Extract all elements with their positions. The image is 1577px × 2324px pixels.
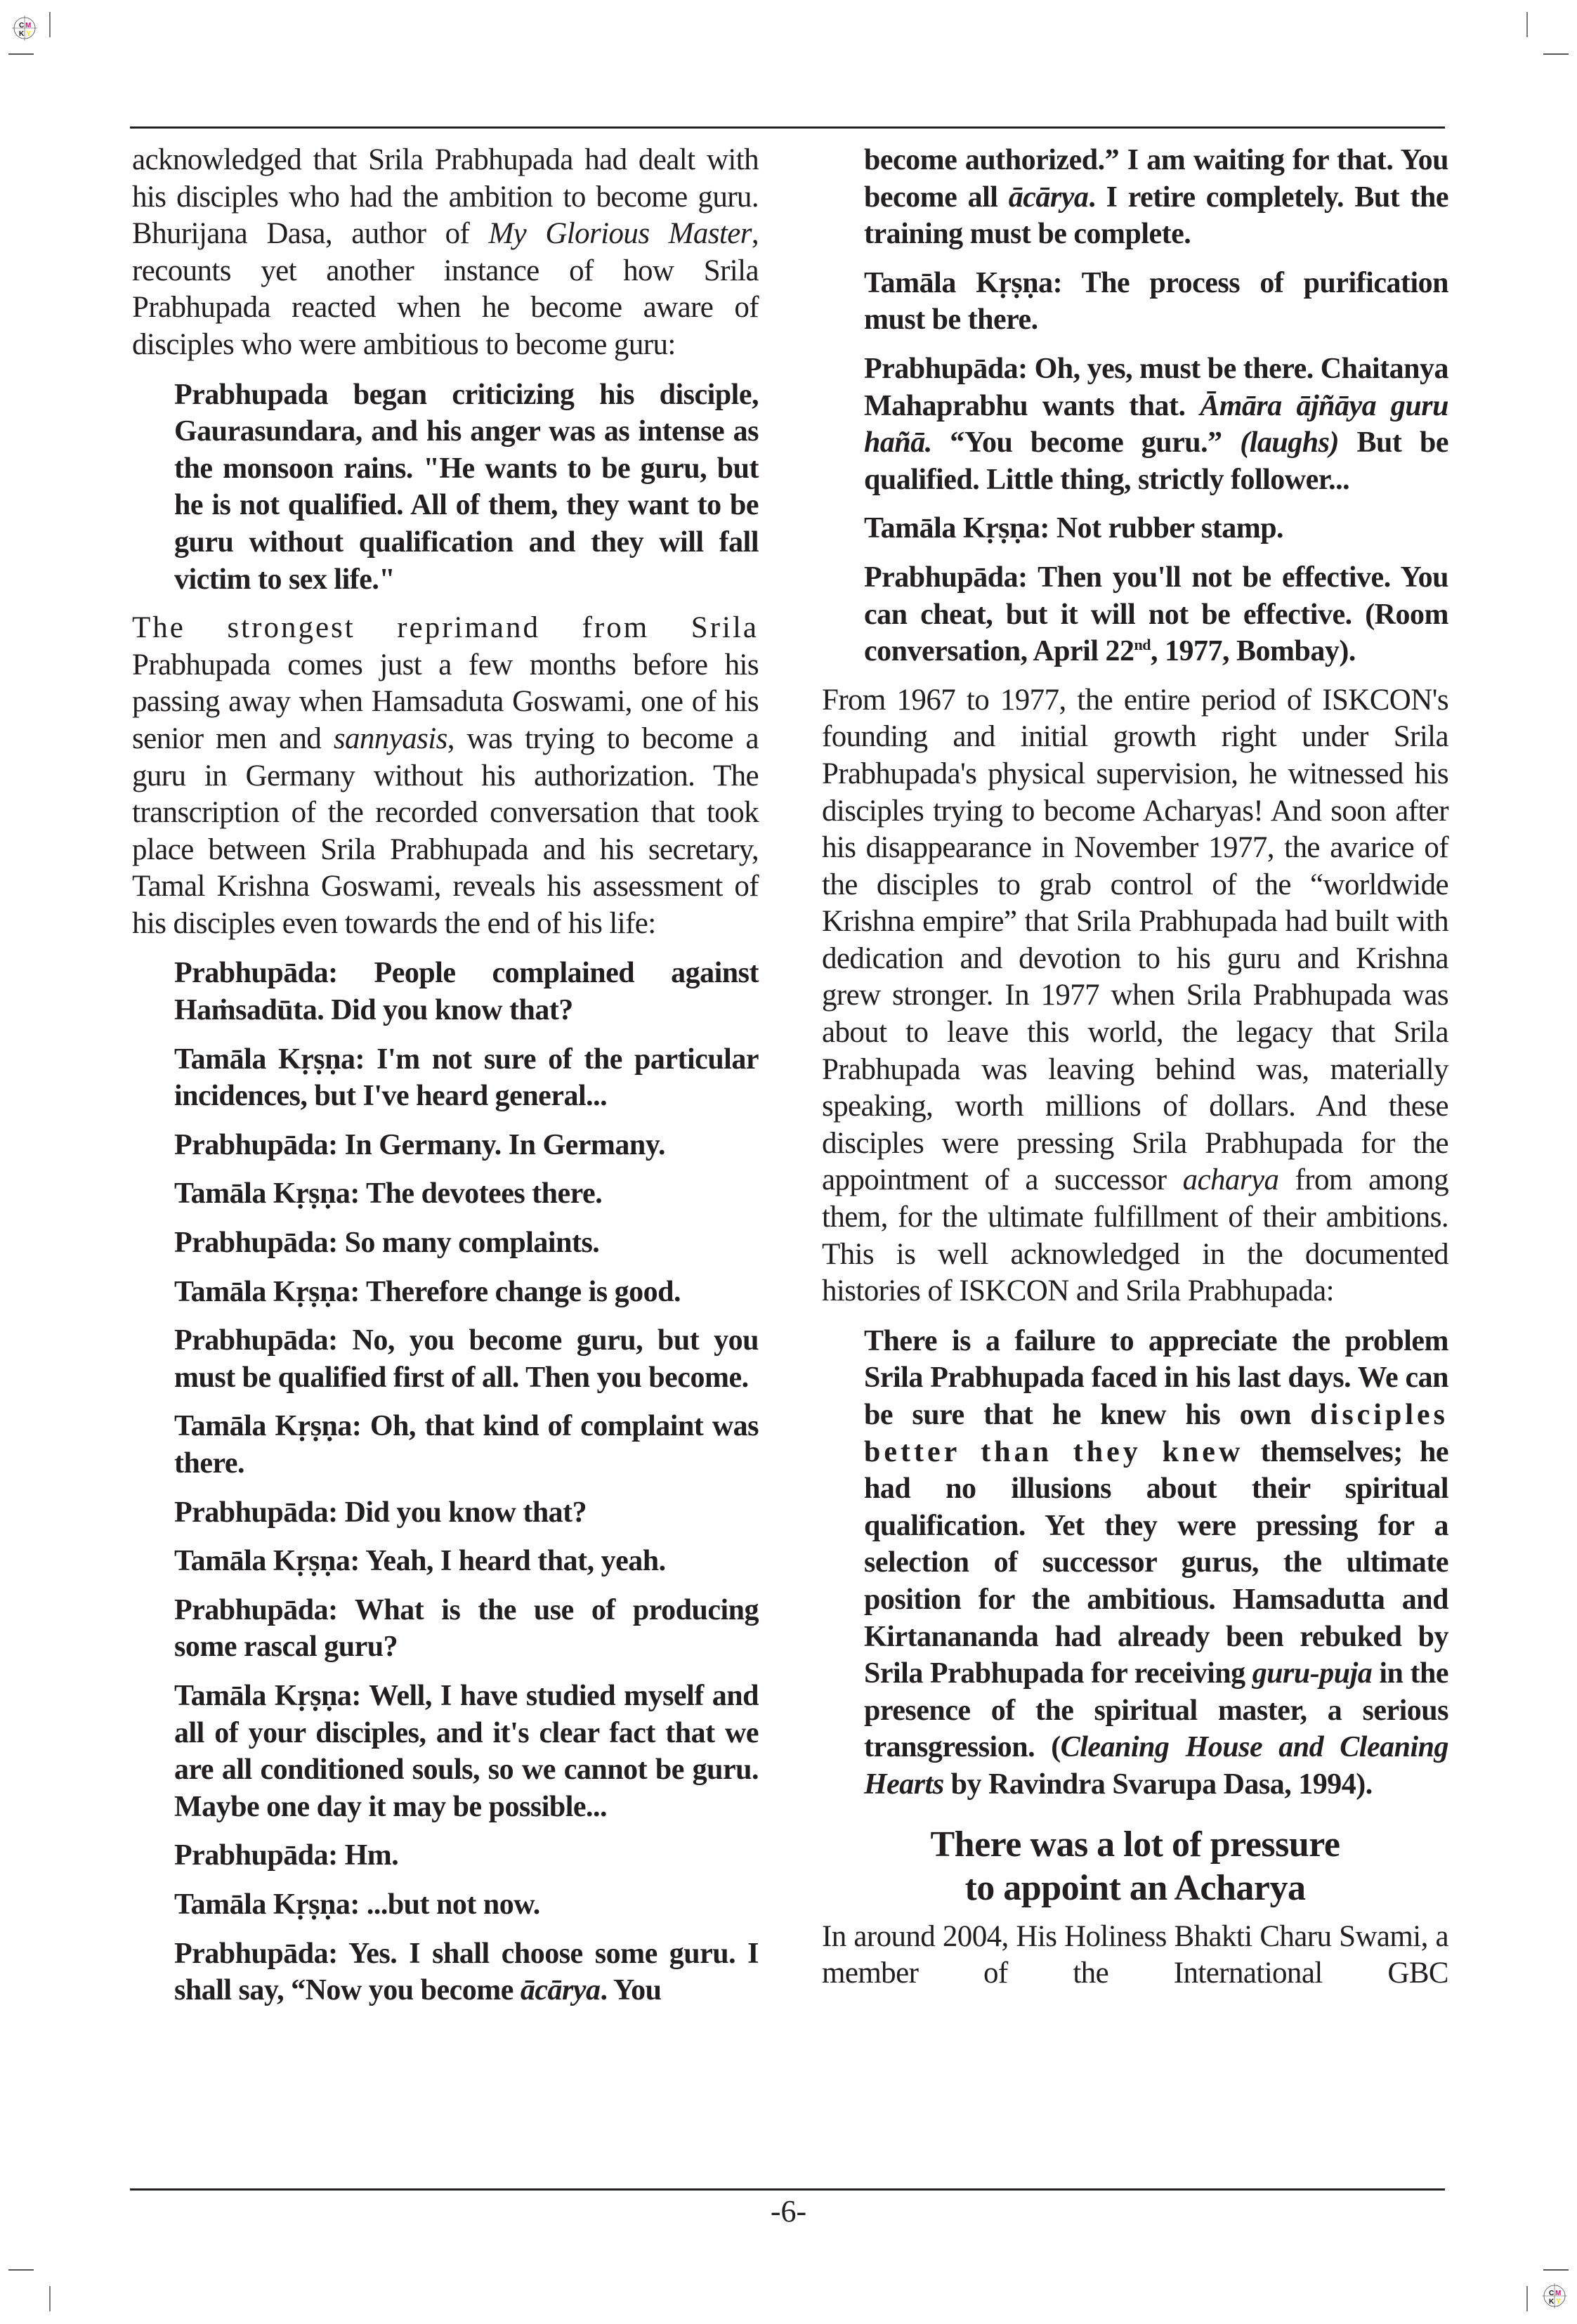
heading-line: There was a lot of pressure: [822, 1823, 1448, 1867]
dialogue-line: Tamāla Kṛṣṇa: The devotees there.: [174, 1175, 759, 1213]
dialogue-line: Tamāla Kṛṣṇa: Not rubber stamp.: [864, 510, 1448, 547]
cmyk-registration-icon: C M K Y: [11, 14, 39, 42]
dialogue-line: Tamāla Kṛṣṇa: Well, I have studied mysel…: [174, 1678, 759, 1825]
svg-text:Y: Y: [26, 30, 31, 38]
dialogue-line: Tamāla Kṛṣṇa: Therefore change is good.: [174, 1274, 759, 1311]
crop-mark: [8, 53, 34, 55]
crop-mark: [8, 2269, 34, 2271]
dialogue-line: Tamāla Kṛṣṇa: Oh, that kind of complaint…: [174, 1408, 759, 1482]
svg-text:M: M: [1555, 2290, 1561, 2297]
cmyk-registration-icon: C M K Y: [1540, 2282, 1569, 2310]
dialogue-line: Prabhupāda: Did you know that?: [174, 1494, 759, 1532]
crop-mark: [1543, 2269, 1569, 2271]
crop-mark: [49, 2286, 51, 2311]
svg-text:C: C: [1549, 2290, 1554, 2297]
body-paragraph: In around 2004, His Holiness Bhakti Char…: [822, 1919, 1448, 1992]
svg-text:K: K: [19, 30, 25, 38]
document-page: C M K Y C M K Y acknowledged that Srila …: [0, 0, 1577, 2324]
svg-text:Y: Y: [1556, 2298, 1561, 2306]
dialogue-line: Tamāla Kṛṣṇa: I'm not sure of the partic…: [174, 1041, 759, 1115]
dialogue-line: Prabhupāda: Hm.: [174, 1837, 759, 1874]
svg-text:K: K: [1549, 2298, 1555, 2306]
dialogue-line: Tamāla Kṛṣṇa: The process of purificatio…: [864, 265, 1448, 339]
dialogue-line: Prabhupāda: No, you become guru, but you…: [174, 1322, 759, 1396]
dialogue-line: Prabhupāda: What is the use of producing…: [174, 1592, 759, 1666]
body-paragraph: From 1967 to 1977, the entire period of …: [822, 682, 1448, 1310]
dialogue-line: Tamāla Kṛṣṇa: ...but not now.: [174, 1886, 759, 1924]
dialogue-line: become authorized.” I am waiting for tha…: [864, 142, 1448, 253]
book-title: My Glorious Master: [488, 217, 751, 250]
dialogue-line: Prabhupāda: Oh, yes, must be there. Chai…: [864, 351, 1448, 498]
crop-mark: [1526, 2286, 1528, 2311]
crop-mark: [1526, 12, 1528, 37]
block-quote: Prabhupada began criticizing his discipl…: [174, 377, 759, 599]
block-quote: There is a failure to appreciate the pro…: [864, 1323, 1448, 1803]
dialogue-line: Prabhupāda: So many complaints.: [174, 1225, 759, 1262]
right-column: become authorized.” I am waiting for tha…: [822, 142, 1448, 1992]
page-number: -6-: [0, 2191, 1577, 2233]
svg-text:C: C: [19, 22, 24, 30]
body-paragraph: The strongest reprimand from SrilaPrabhu…: [132, 610, 759, 942]
header-rule: [130, 126, 1445, 129]
svg-text:M: M: [25, 22, 31, 30]
heading-line: to appoint an Acharya: [822, 1867, 1448, 1910]
dialogue-line: Prabhupāda: People complained against Ha…: [174, 955, 759, 1029]
dialogue-line: Tamāla Kṛṣṇa: Yeah, I heard that, yeah.: [174, 1543, 759, 1580]
left-column: acknowledged that Srila Prabhupada had d…: [132, 142, 759, 2009]
crop-mark: [49, 12, 51, 37]
dialogue-line: Prabhupāda: Then you'll not be effective…: [864, 559, 1448, 670]
dialogue-line: Prabhupāda: In Germany. In Germany.: [174, 1127, 759, 1164]
body-paragraph: acknowledged that Srila Prabhupada had d…: [132, 142, 759, 364]
crop-mark: [1543, 53, 1569, 55]
section-heading: There was a lot of pressure to appoint a…: [822, 1823, 1448, 1910]
dialogue-line: Prabhupāda: Yes. I shall choose some gur…: [174, 1935, 759, 2009]
